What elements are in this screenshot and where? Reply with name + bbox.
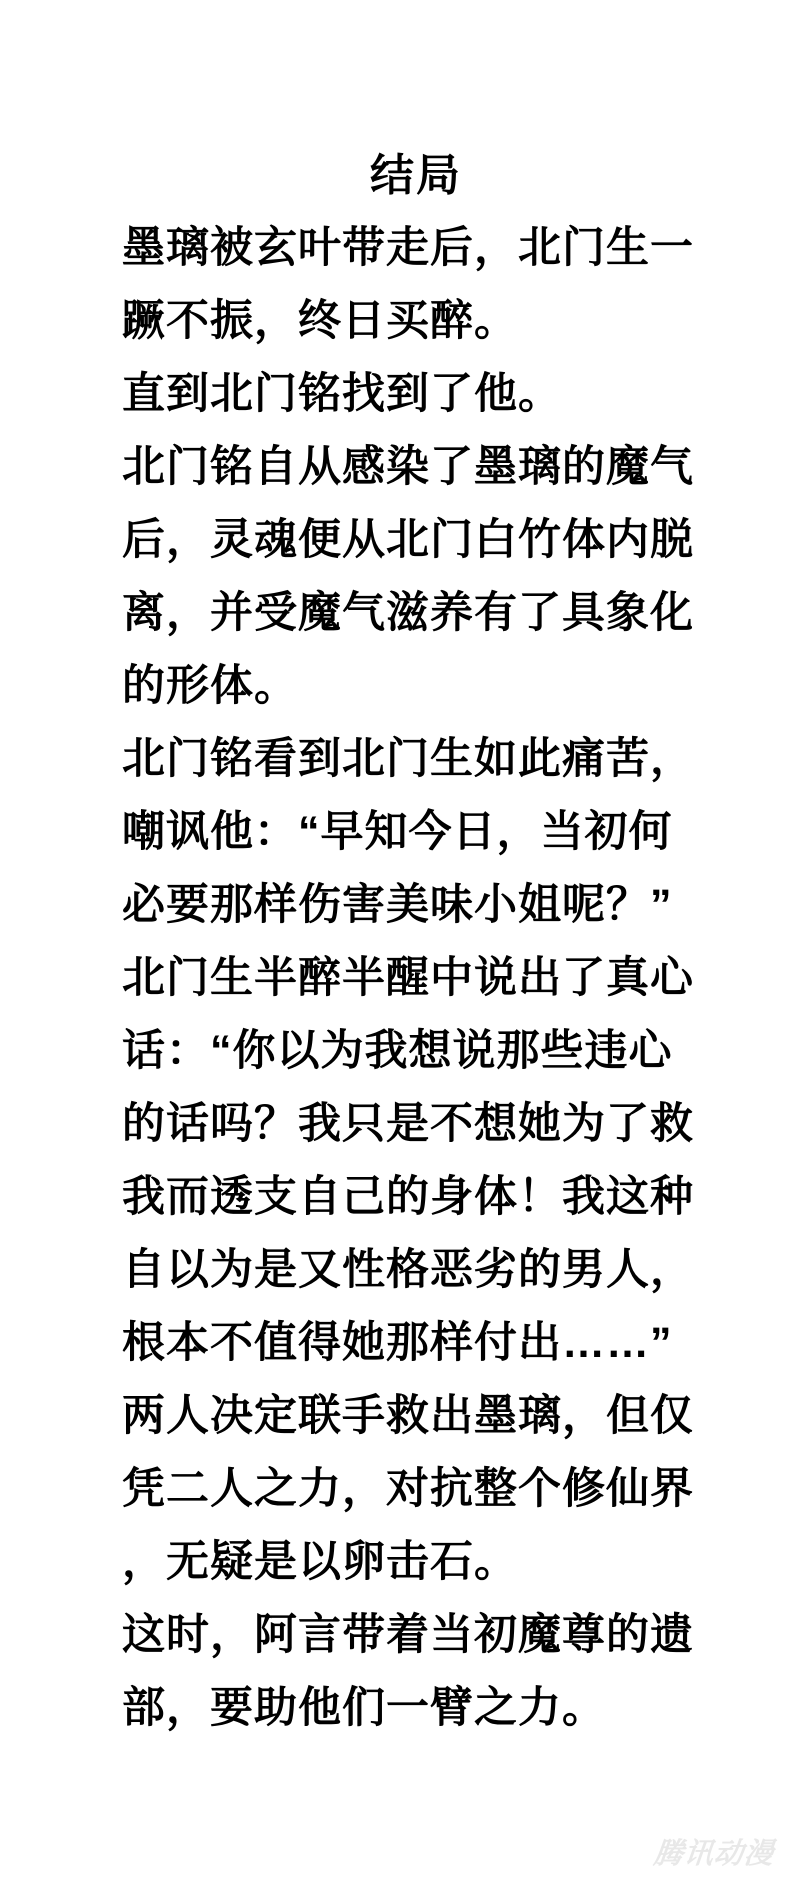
story-line: 部，要助他们一臂之力。 — [122, 1672, 710, 1745]
page-title: 结局 — [122, 139, 710, 212]
story-line: 北门铭自从感染了墨璃的魔气 — [122, 431, 710, 504]
story-line: 话：“你以为我想说那些违心 — [122, 1015, 710, 1088]
story-line: 离，并受魔气滋养有了具象化 — [122, 577, 710, 650]
story-line: 后，灵魂便从北门白竹体内脱 — [122, 504, 710, 577]
story-line: 必要那样伤害美味小姐呢？” — [122, 869, 710, 942]
story-line: 北门生半醉半醒中说出了真心 — [122, 942, 710, 1015]
story-line: 直到北门铭找到了他。 — [122, 358, 710, 431]
story-line: 的话吗？我只是不想她为了救 — [122, 1088, 710, 1161]
story-line: 这时，阿言带着当初魔尊的遗 — [122, 1599, 710, 1672]
tencent-comics-watermark: 腾讯动漫 — [652, 1839, 775, 1869]
story-line: 蹶不振，终日买醉。 — [122, 285, 710, 358]
story-line: 的形体。 — [122, 650, 710, 723]
story-line: ，无疑是以卵击石。 — [122, 1526, 710, 1599]
story-line: 我而透支自己的身体！我这种 — [122, 1161, 710, 1234]
story-line: 凭二人之力，对抗整个修仙界 — [122, 1453, 710, 1526]
story-line: 嘲讽他：“早知今日，当初何 — [122, 796, 710, 869]
story-page: 结局 墨璃被玄叶带走后，北门生一 蹶不振，终日买醉。 直到北门铭找到了他。 北门… — [0, 0, 800, 1745]
story-line: 两人决定联手救出墨璃，但仅 — [122, 1380, 710, 1453]
story-line: 北门铭看到北门生如此痛苦， — [122, 723, 710, 796]
story-line: 墨璃被玄叶带走后，北门生一 — [122, 212, 710, 285]
story-line: 根本不值得她那样付出……” — [122, 1307, 710, 1380]
story-line: 自以为是又性格恶劣的男人， — [122, 1234, 710, 1307]
story-text: 墨璃被玄叶带走后，北门生一 蹶不振，终日买醉。 直到北门铭找到了他。 北门铭自从… — [122, 212, 710, 1745]
